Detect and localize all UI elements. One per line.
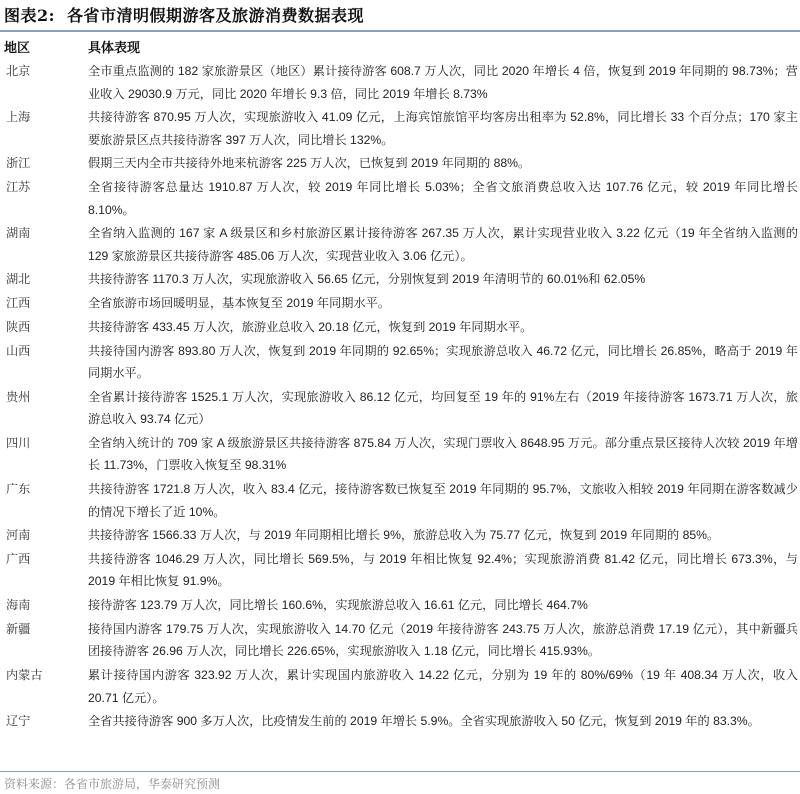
- table-row: 湖北共接待游客 1170.3 万人次，实现旅游收入 56.65 亿元，分别恢复到…: [0, 268, 800, 292]
- region-cell: 新疆: [0, 618, 84, 664]
- region-cell: 辽宁: [0, 710, 84, 734]
- detail-cell: 全市重点监测的 182 家旅游景区（地区）累计接待游客 608.7 万人次，同比…: [84, 60, 800, 106]
- table-row: 广西共接待游客 1046.29 万人次，同比增长 569.5%，与 2019 年…: [0, 548, 800, 594]
- source-note: 资料来源：各省市旅游局，华泰研究预测: [4, 775, 220, 792]
- table-row: 四川全省纳入统计的 709 家 A 级旅游景区共接待游客 875.84 万人次，…: [0, 432, 800, 478]
- detail-cell: 共接待游客 1566.33 万人次，与 2019 年同期相比增长 9%，旅游总收…: [84, 524, 800, 548]
- table-row: 河南共接待游客 1566.33 万人次，与 2019 年同期相比增长 9%，旅游…: [0, 524, 800, 548]
- table-row: 浙江假期三天内全市共接待外地来杭游客 225 万人次，已恢复到 2019 年同期…: [0, 152, 800, 176]
- detail-cell: 共接待游客 870.95 万人次，实现旅游收入 41.09 亿元，上海宾馆旅馆平…: [84, 106, 800, 152]
- region-cell: 内蒙古: [0, 664, 84, 710]
- region-cell: 河南: [0, 524, 84, 548]
- region-cell: 湖南: [0, 222, 84, 268]
- detail-cell: 共接待游客 433.45 万人次，旅游业总收入 20.18 亿元，恢复到 201…: [84, 316, 800, 340]
- region-cell: 山西: [0, 340, 84, 386]
- detail-cell: 共接待国内游客 893.80 万人次，恢复到 2019 年同期的 92.65%；…: [84, 340, 800, 386]
- region-cell: 广东: [0, 478, 84, 524]
- detail-cell: 共接待游客 1046.29 万人次，同比增长 569.5%，与 2019 年相比…: [84, 548, 800, 594]
- column-header-region: 地区: [0, 32, 84, 60]
- table-header-row: 地区 具体表现: [0, 32, 800, 60]
- figure-title: 图表2:各省市清明假期游客及旅游消费数据表现: [4, 3, 364, 29]
- detail-cell: 全省旅游市场回暖明显，基本恢复至 2019 年同期水平。: [84, 292, 800, 316]
- table-row: 北京全市重点监测的 182 家旅游景区（地区）累计接待游客 608.7 万人次，…: [0, 60, 800, 106]
- table-row: 贵州全省累计接待游客 1525.1 万人次，实现旅游收入 86.12 亿元，均回…: [0, 386, 800, 432]
- table-row: 上海共接待游客 870.95 万人次，实现旅游收入 41.09 亿元，上海宾馆旅…: [0, 106, 800, 152]
- table-row: 内蒙古累计接待国内游客 323.92 万人次，累计实现国内旅游收入 14.22 …: [0, 664, 800, 710]
- table-row: 辽宁全省共接待游客 900 多万人次，比疫情发生前的 2019 年增长 5.9%…: [0, 710, 800, 734]
- table-row: 陕西共接待游客 433.45 万人次，旅游业总收入 20.18 亿元，恢复到 2…: [0, 316, 800, 340]
- detail-cell: 全省共接待游客 900 多万人次，比疫情发生前的 2019 年增长 5.9%。全…: [84, 710, 800, 734]
- region-cell: 江苏: [0, 176, 84, 222]
- detail-cell: 全省纳入统计的 709 家 A 级旅游景区共接待游客 875.84 万人次，实现…: [84, 432, 800, 478]
- detail-cell: 接待国内游客 179.75 万人次，实现旅游收入 14.70 亿元（2019 年…: [84, 618, 800, 664]
- table-row: 山西共接待国内游客 893.80 万人次，恢复到 2019 年同期的 92.65…: [0, 340, 800, 386]
- bottom-rule-divider: [0, 771, 800, 772]
- region-cell: 上海: [0, 106, 84, 152]
- region-cell: 浙江: [0, 152, 84, 176]
- detail-cell: 全省接待游客总量达 1910.87 万人次，较 2019 年同比增长 5.03%…: [84, 176, 800, 222]
- table-row: 湖南全省纳入监测的 167 家 A 级景区和乡村旅游区累计接待游客 267.35…: [0, 222, 800, 268]
- region-cell: 贵州: [0, 386, 84, 432]
- table-row: 新疆接待国内游客 179.75 万人次，实现旅游收入 14.70 亿元（2019…: [0, 618, 800, 664]
- column-header-detail: 具体表现: [84, 32, 800, 60]
- detail-cell: 共接待游客 1721.8 万人次，收入 83.4 亿元，接待游客数已恢复至 20…: [84, 478, 800, 524]
- region-cell: 陕西: [0, 316, 84, 340]
- figure-number: 图表2:: [4, 6, 55, 25]
- detail-cell: 累计接待国内游客 323.92 万人次，累计实现国内旅游收入 14.22 亿元，…: [84, 664, 800, 710]
- region-cell: 湖北: [0, 268, 84, 292]
- detail-cell: 接待游客 123.79 万人次，同比增长 160.6%，实现旅游总收入 16.6…: [84, 594, 800, 618]
- table-row: 江苏全省接待游客总量达 1910.87 万人次，较 2019 年同比增长 5.0…: [0, 176, 800, 222]
- region-cell: 江西: [0, 292, 84, 316]
- detail-cell: 全省累计接待游客 1525.1 万人次，实现旅游收入 86.12 亿元，均回复至…: [84, 386, 800, 432]
- detail-cell: 假期三天内全市共接待外地来杭游客 225 万人次，已恢复到 2019 年同期的 …: [84, 152, 800, 176]
- province-data-table: 地区 具体表现 北京全市重点监测的 182 家旅游景区（地区）累计接待游客 60…: [0, 32, 800, 734]
- table-row: 海南接待游客 123.79 万人次，同比增长 160.6%，实现旅游总收入 16…: [0, 594, 800, 618]
- region-cell: 广西: [0, 548, 84, 594]
- detail-cell: 共接待游客 1170.3 万人次，实现旅游收入 56.65 亿元，分别恢复到 2…: [84, 268, 800, 292]
- region-cell: 北京: [0, 60, 84, 106]
- table-row: 广东共接待游客 1721.8 万人次，收入 83.4 亿元，接待游客数已恢复至 …: [0, 478, 800, 524]
- figure-title-text: 各省市清明假期游客及旅游消费数据表现: [67, 6, 364, 25]
- region-cell: 海南: [0, 594, 84, 618]
- table-row: 江西全省旅游市场回暖明显，基本恢复至 2019 年同期水平。: [0, 292, 800, 316]
- detail-cell: 全省纳入监测的 167 家 A 级景区和乡村旅游区累计接待游客 267.35 万…: [84, 222, 800, 268]
- region-cell: 四川: [0, 432, 84, 478]
